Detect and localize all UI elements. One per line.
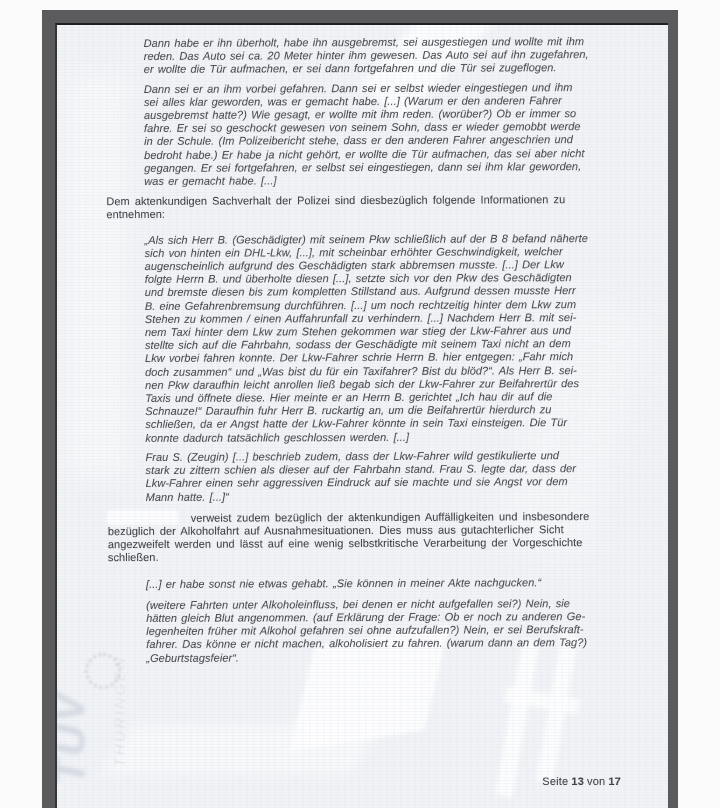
- paragraph-4: „Als sich Herr B. (Geschädigter) mit sei…: [145, 232, 668, 446]
- page-number-total: 17: [608, 776, 621, 788]
- redaction-box: [108, 511, 178, 524]
- thueringen-watermark: THÜRINGEN: [112, 655, 129, 767]
- paragraph-5: Frau S. (Zeugin) [...] beschrieb zudem, …: [145, 450, 668, 505]
- paragraph-7: [...] er habe sonst nie etwas gehabt. „S…: [146, 576, 668, 591]
- text-line: „Geburtstagsfeier“.: [146, 650, 668, 665]
- viewer-dark-frame: TÜV THÜRINGEN Dann habe er ihn überholt,…: [42, 10, 678, 808]
- scanned-page[interactable]: TÜV THÜRINGEN Dann habe er ihn überholt,…: [55, 23, 668, 808]
- watermark-ghost-shape: [504, 687, 579, 715]
- tuv-logo-watermark: TÜV: [55, 691, 95, 785]
- text-line-text: verweist zudem bezüglich der aktenkundig…: [191, 511, 590, 525]
- page-number-label: Seite: [542, 776, 568, 788]
- text-line: entnehmen:: [106, 207, 667, 223]
- text-line: Mann hatte. [...]“: [146, 489, 668, 504]
- paragraph-1: Dann habe er ihn überholt, habe ihn ausg…: [144, 36, 667, 78]
- text-line: was er gemacht habe. [...]: [144, 174, 667, 189]
- paragraph-6: verweist zudem bezüglich der aktenkundig…: [108, 508, 668, 565]
- text-line: schließen.: [108, 550, 668, 566]
- paragraph-3: Dem aktenkundigen Sachverhalt der Polize…: [106, 194, 667, 223]
- page-number-conjunction: von: [587, 776, 605, 788]
- text-line: er wollte die Tür aufmachen, er sei dann…: [144, 62, 667, 77]
- text-line: konnte dadurch tatsächlich geschlossen w…: [145, 430, 668, 445]
- page-number-current: 13: [571, 776, 584, 788]
- watermark-ghost-shape: [102, 725, 382, 773]
- paragraph-8: (weitere Fahrten unter Alkoholeinfluss, …: [146, 597, 668, 665]
- page-number: Seite13von17: [542, 776, 624, 788]
- page-text: Dann habe er ihn überholt, habe ihn ausg…: [56, 24, 668, 672]
- text-line: [...] er habe sonst nie etwas gehabt. „S…: [146, 576, 668, 591]
- text-line: verweist zudem bezüglich der aktenkundig…: [108, 508, 668, 526]
- paragraph-2: Dann sei er an ihm vorbei gefahren. Dann…: [144, 81, 667, 189]
